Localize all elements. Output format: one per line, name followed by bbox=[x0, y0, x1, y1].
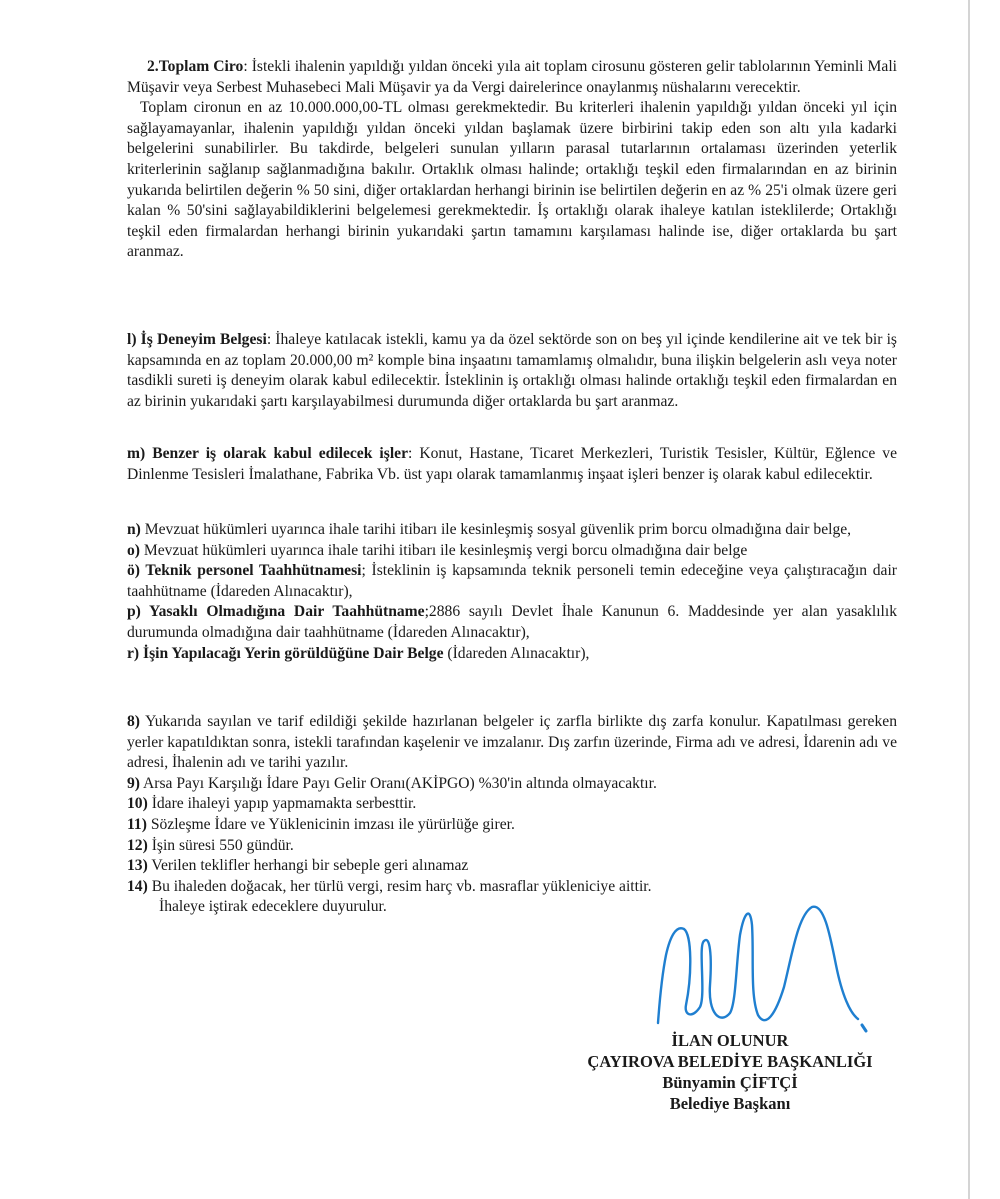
signature-block: İLAN OLUNUR ÇAYIROVA BELEDİYE BAŞKANLIĞI… bbox=[560, 1030, 900, 1114]
clause-item: 12) İşin süresi 550 gündür. bbox=[127, 836, 897, 857]
section-similar-works: m) Benzer iş olarak kabul edilecek işler… bbox=[127, 444, 897, 485]
clause-number: 10) bbox=[127, 795, 148, 812]
item-label: o) bbox=[127, 542, 140, 559]
numbered-clauses: 8) Yukarıda sayılan ve tarif edildiği şe… bbox=[127, 712, 897, 918]
clause-number: 9) bbox=[127, 775, 140, 792]
section-work-experience: l) İş Deneyim Belgesi: İhaleye katılacak… bbox=[127, 330, 897, 412]
clause-text: İdare ihaleyi yapıp yapmamakta serbestti… bbox=[148, 795, 416, 812]
item-text: Mevzuat hükümleri uyarınca ihale tarihi … bbox=[141, 521, 851, 538]
clause-text: Arsa Payı Karşılığı İdare Payı Gelir Ora… bbox=[140, 775, 657, 792]
item-text: Mevzuat hükümleri uyarınca ihale tarihi … bbox=[140, 542, 747, 559]
item-label: r) İşin Yapılacağı Yerin görüldüğüne Dai… bbox=[127, 645, 444, 662]
section-label: m) Benzer iş olarak kabul edilecek işler bbox=[127, 445, 408, 462]
item-text: (İdareden Alınacaktır), bbox=[444, 645, 590, 662]
clause-text: Sözleşme İdare ve Yüklenicinin imzası il… bbox=[147, 816, 515, 833]
clause-item: 9) Arsa Payı Karşılığı İdare Payı Gelir … bbox=[127, 774, 897, 795]
clause-number: 8) bbox=[127, 713, 140, 730]
clause-number: 14) bbox=[127, 878, 148, 895]
clause-item: 8) Yukarıda sayılan ve tarif edildiği şe… bbox=[127, 712, 897, 774]
section-text: : İstekli ihalenin yapıldığı yıldan önce… bbox=[127, 58, 897, 96]
handwritten-signature-icon bbox=[640, 895, 880, 1045]
document-page: 2.Toplam Ciro: İstekli ihalenin yapıldığ… bbox=[0, 0, 1000, 1199]
item-label: ö) Teknik personel Taahhütnamesi bbox=[127, 562, 362, 579]
signatory-name: Bünyamin ÇİFTÇİ bbox=[560, 1072, 900, 1093]
clause-number: 11) bbox=[127, 816, 147, 833]
section-label: l) İş Deneyim Belgesi bbox=[127, 331, 267, 348]
clause-item: 10) İdare ihaleyi yapıp yapmamakta serbe… bbox=[127, 794, 897, 815]
section-label: 2.Toplam Ciro bbox=[147, 58, 243, 75]
page-edge-line bbox=[968, 0, 970, 1199]
clause-text: Verilen teklifler herhangi bir sebeple g… bbox=[148, 857, 469, 874]
institution-name: ÇAYIROVA BELEDİYE BAŞKANLIĞI bbox=[560, 1051, 900, 1072]
clause-item: 13) Verilen teklifler herhangi bir sebep… bbox=[127, 856, 897, 877]
clause-text: İşin süresi 550 gündür. bbox=[148, 837, 294, 854]
section-total-turnover: 2.Toplam Ciro: İstekli ihalenin yapıldığ… bbox=[127, 57, 897, 263]
clause-item: 11) Sözleşme İdare ve Yüklenicinin imzas… bbox=[127, 815, 897, 836]
item-label: n) bbox=[127, 521, 141, 538]
section-documents-list: n) Mevzuat hükümleri uyarınca ihale tari… bbox=[127, 520, 897, 664]
clause-text: Yukarıda sayılan ve tarif edildiği şekil… bbox=[127, 713, 897, 771]
item-label: p) Yasaklı Olmadığına Dair Taahhütname bbox=[127, 603, 425, 620]
section-paragraph: Toplam cironun en az 10.000.000,00-TL ol… bbox=[127, 98, 897, 263]
clause-number: 13) bbox=[127, 857, 148, 874]
announcement-line: İLAN OLUNUR bbox=[560, 1030, 900, 1051]
clause-text: Bu ihaleden doğacak, her türlü vergi, re… bbox=[148, 878, 652, 895]
signatory-title: Belediye Başkanı bbox=[560, 1093, 900, 1114]
clause-number: 12) bbox=[127, 837, 148, 854]
